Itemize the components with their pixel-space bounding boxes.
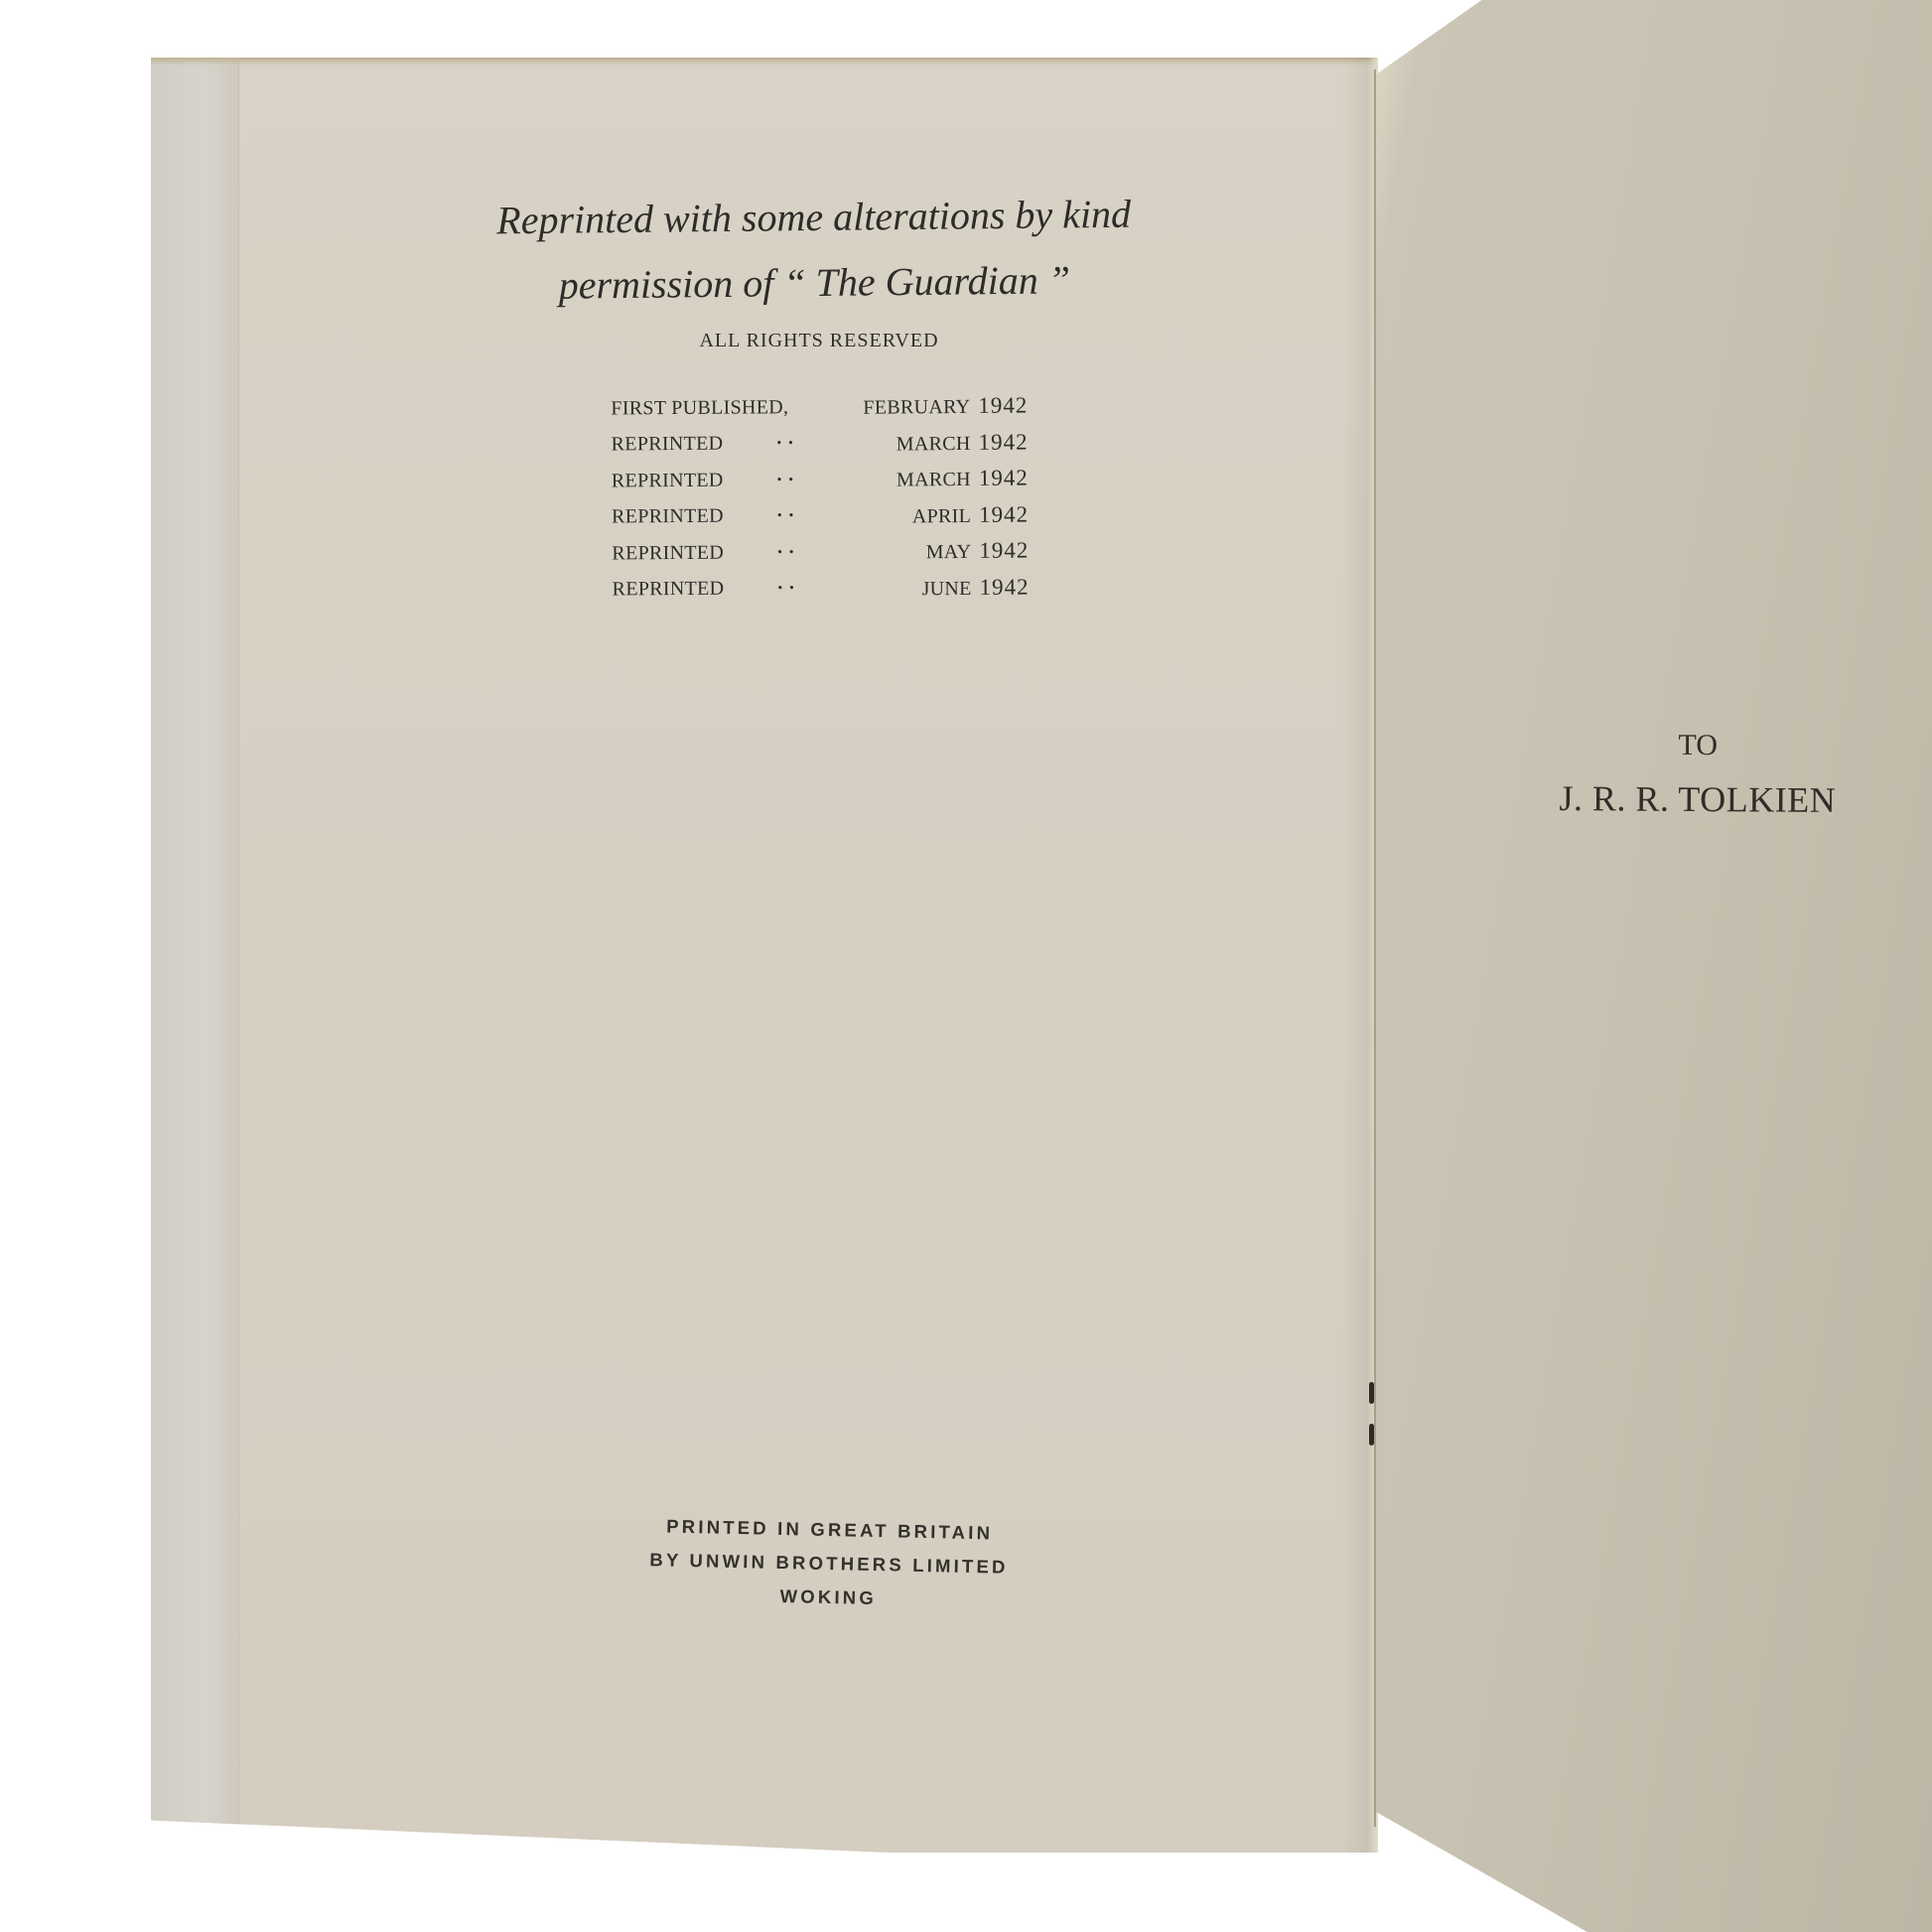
history-label: REPRINTED — [613, 578, 742, 602]
history-label: REPRINTED — [612, 541, 741, 565]
history-row: REPRINTED · · MARCH1942 — [612, 461, 1029, 499]
gutter-shadow — [1342, 58, 1378, 1853]
history-row: REPRINTED · · MAY1942 — [612, 533, 1029, 572]
rights-notice: ALL RIGHTS RESERVED — [536, 330, 1102, 352]
history-row: REPRINTED · · APRIL1942 — [612, 496, 1029, 535]
dedication: TO J. R. R. TOLKIEN — [1549, 720, 1848, 829]
leader-dots: · · — [741, 432, 830, 456]
history-date: JUNE1942 — [831, 574, 1030, 601]
publication-history: FIRST PUBLISHED, FEBRUARY1942 REPRINTED … — [611, 388, 1030, 609]
leader-dots: · · — [741, 541, 830, 565]
right-page — [1376, 0, 1932, 1932]
history-date: MAY1942 — [830, 538, 1029, 565]
page-top-edge — [151, 58, 1378, 66]
binding-stitch — [1369, 1424, 1374, 1446]
dedication-name: J. R. R. TOLKIEN — [1549, 769, 1847, 829]
history-row: FIRST PUBLISHED, FEBRUARY1942 — [611, 388, 1028, 427]
spine-strip — [151, 58, 239, 1853]
leader-dots: · · — [742, 577, 831, 601]
history-label: FIRST PUBLISHED, — [611, 396, 819, 420]
history-row: REPRINTED · · MARCH1942 — [611, 424, 1028, 463]
history-date: APRIL1942 — [830, 501, 1029, 528]
gutter-line — [1374, 69, 1376, 1827]
history-row: REPRINTED · · JUNE1942 — [613, 569, 1030, 608]
history-date: MARCH1942 — [830, 429, 1029, 456]
history-label: REPRINTED — [612, 469, 741, 492]
binding-stitch — [1369, 1382, 1374, 1404]
epigraph: Reprinted with some alterations by kind … — [436, 181, 1191, 320]
history-date: MARCH1942 — [830, 466, 1029, 492]
epigraph-line-2: permission of “ The Guardian ” — [437, 246, 1192, 320]
history-label: REPRINTED — [612, 433, 741, 457]
epigraph-line-1: Reprinted with some alterations by kind — [436, 181, 1191, 254]
history-label: REPRINTED — [612, 505, 741, 529]
leader-dots: · · — [741, 469, 830, 492]
dedication-to: TO — [1549, 720, 1847, 771]
leader-dots: · · — [741, 504, 830, 528]
printer-imprint: PRINTED IN GREAT BRITAIN BY UNWIN BROTHE… — [595, 1508, 1063, 1619]
history-date: FEBRUARY1942 — [819, 393, 1028, 420]
